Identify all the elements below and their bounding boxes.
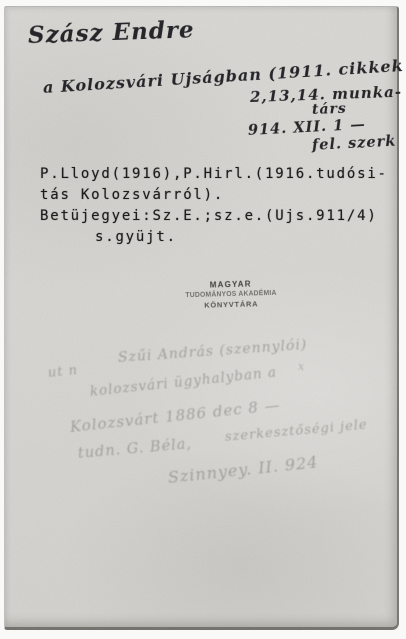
library-stamp: MAGYAR TUDOMÁNYOS AKADÉMIA KÖNYVTÁRA — [183, 279, 280, 311]
handwritten-note-line2b: társ — [312, 101, 347, 118]
typed-line-4: s.gyüjt. — [95, 229, 177, 245]
stamp-line-1: MAGYAR — [183, 279, 279, 291]
typed-line-3: Betüjegyei:Sz.E.;sz.e.(Ujs.911/4) — [40, 208, 378, 224]
pencil-x-mark: x — [298, 360, 305, 373]
scanned-catalog-card-page: { "card": { "ink_notes": { "name": "Szás… — [0, 0, 406, 639]
typed-line-2: tás Kolozsvárról). — [40, 187, 224, 203]
typed-line-1: P.Lloyd(1916),P.Hirl.(1916.tudósi- — [40, 166, 388, 182]
stamp-line-2: TUDOMÁNYOS AKADÉMIA — [183, 290, 279, 300]
pencil-fragment: ut n — [47, 363, 79, 381]
